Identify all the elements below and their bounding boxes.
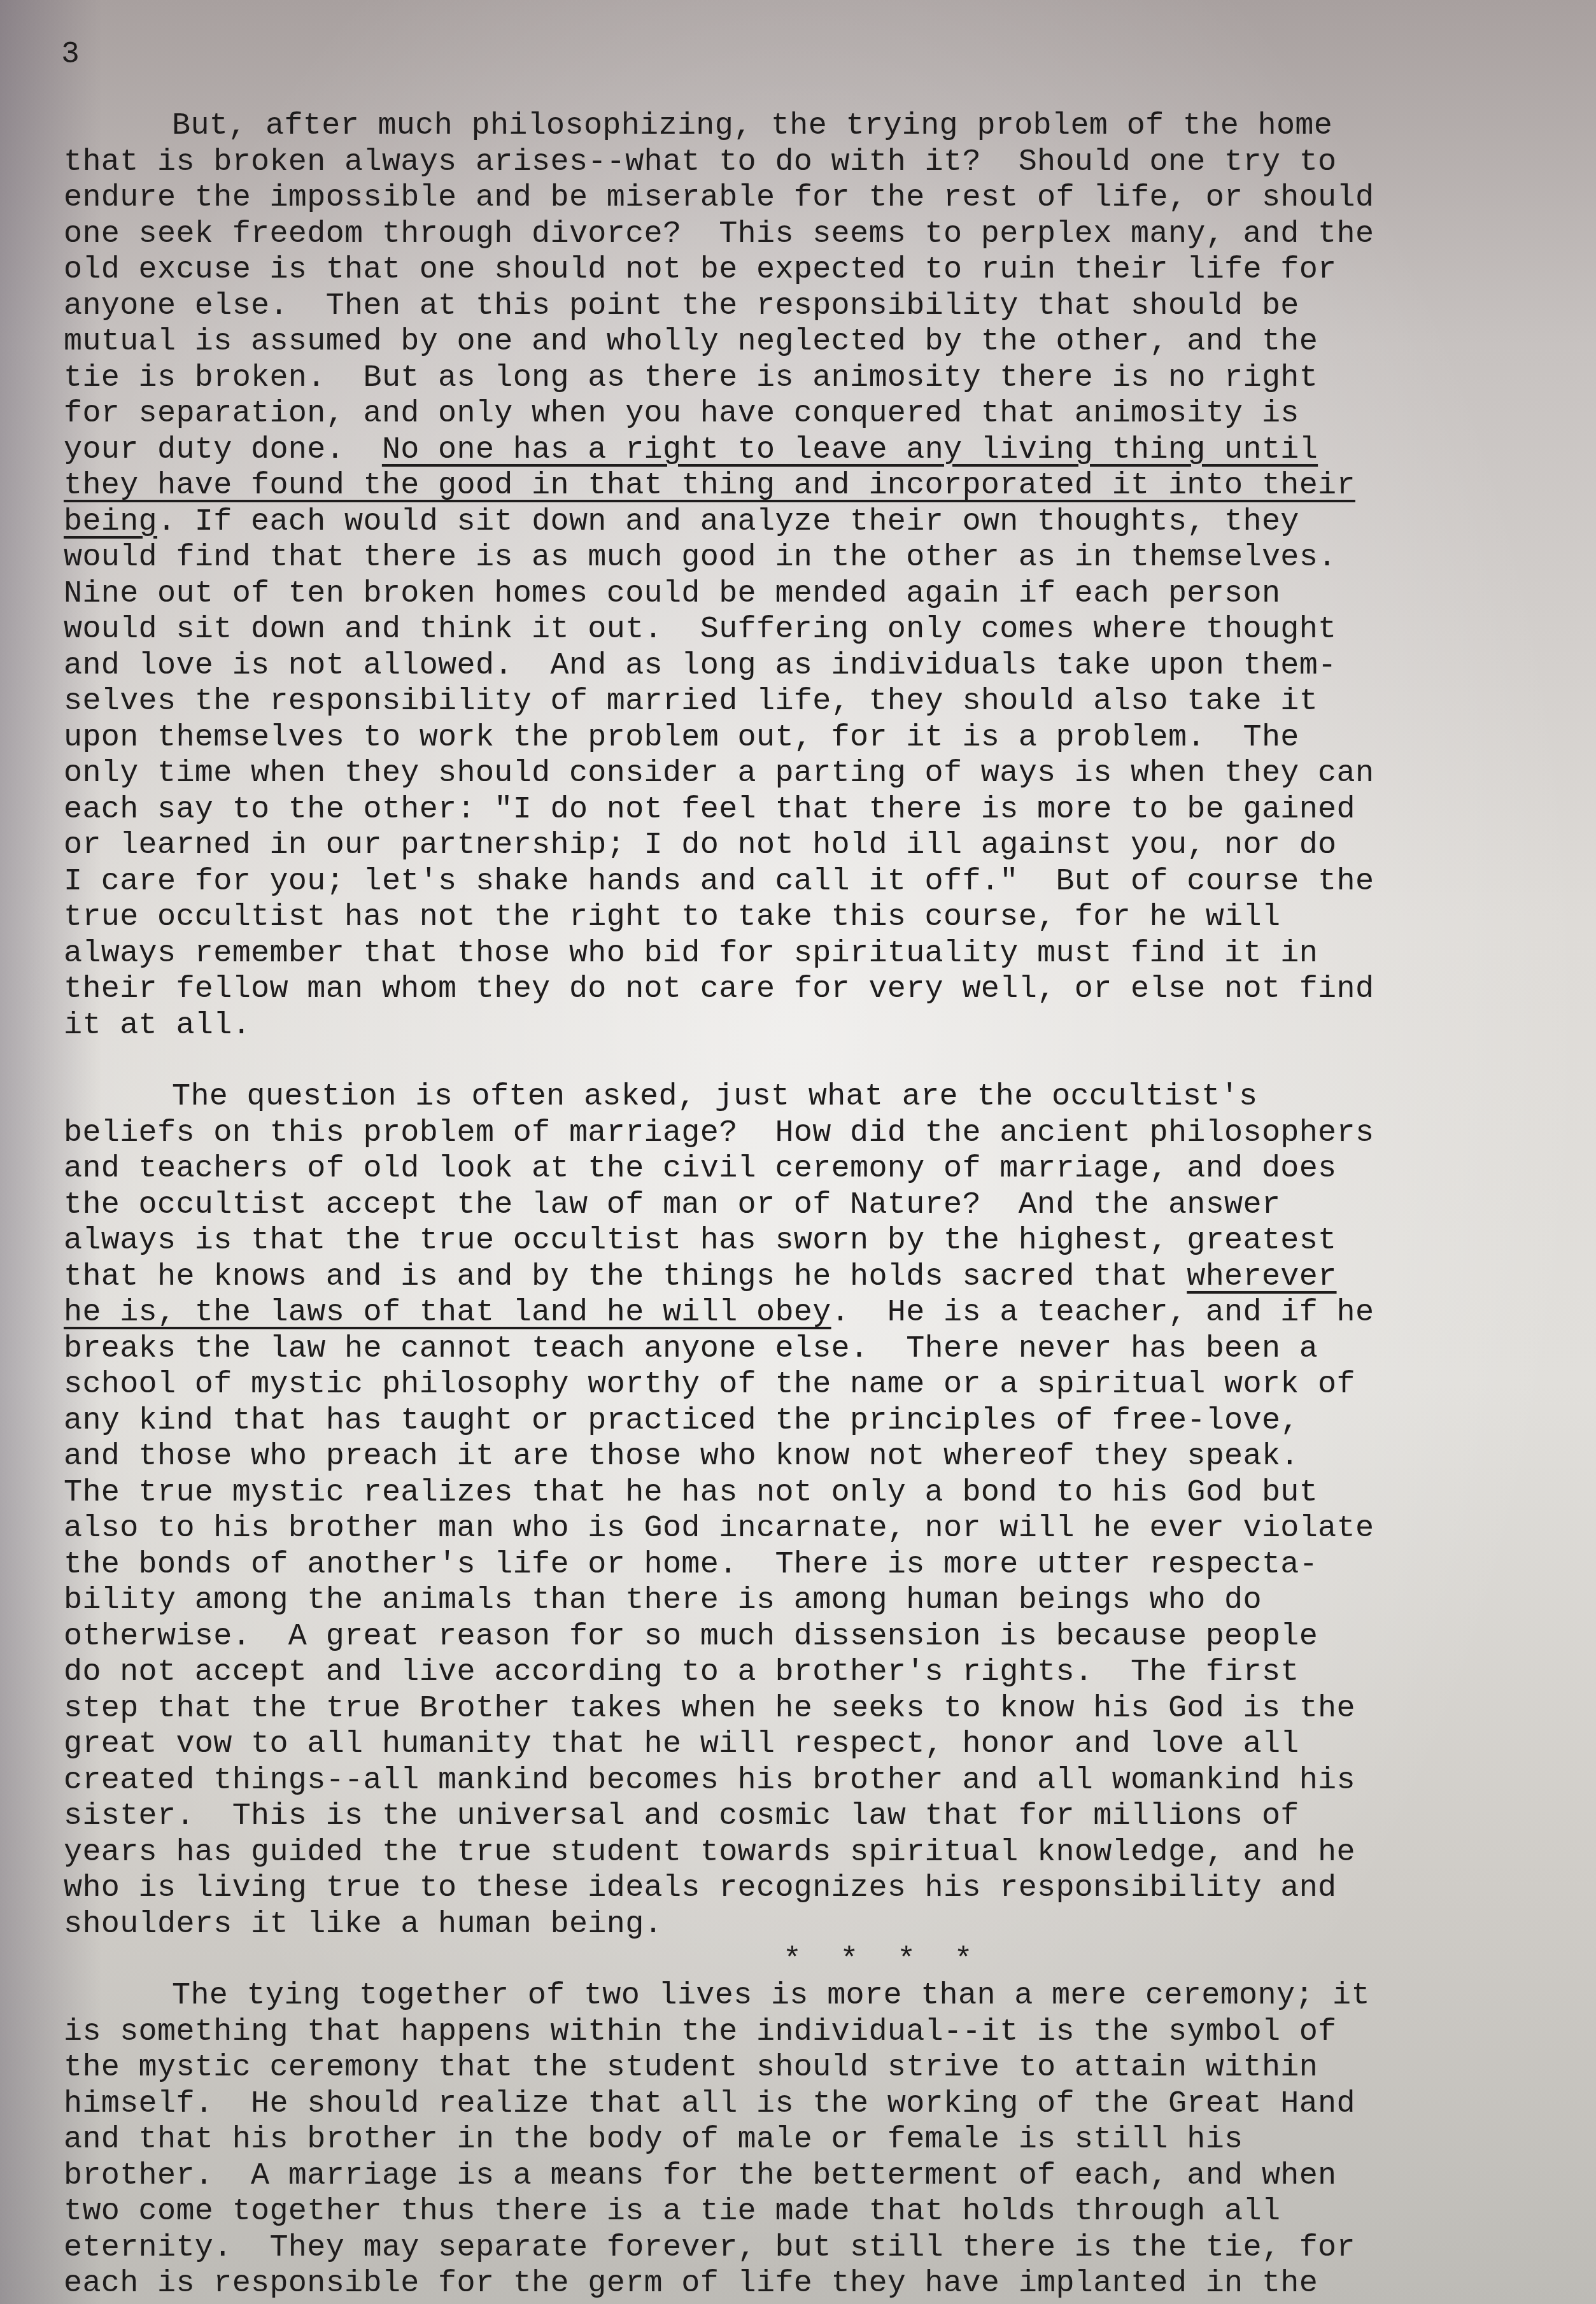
- underlined-emphasis: No one has a right to leave any living t…: [382, 432, 1318, 467]
- text-line: step that the true Brother takes when he…: [64, 1691, 1579, 1727]
- text-line: Nine out of ten broken homes could be me…: [64, 576, 1579, 612]
- text-line: upon themselves to work the problem out,…: [64, 720, 1579, 756]
- text-line: breaks the law he cannot teach anyone el…: [64, 1331, 1579, 1368]
- text-line: tie is broken. But as long as there is a…: [64, 360, 1579, 397]
- text-line: always remember that those who bid for s…: [64, 936, 1579, 972]
- text-line: himself. He should realize that all is t…: [64, 2086, 1579, 2123]
- underlined-emphasis: being: [64, 504, 157, 539]
- text-line: The question is often asked, just what a…: [64, 1079, 1579, 1115]
- text-line: the mystic ceremony that the student sho…: [64, 2050, 1579, 2086]
- text-line: any kind that has taught or practiced th…: [64, 1403, 1579, 1439]
- text-line: who is living true to these ideals recog…: [64, 1870, 1579, 1907]
- document-page: 3 But, after much philosophizing, the tr…: [0, 0, 1596, 2304]
- text-line: sister. This is the universal and cosmic…: [64, 1799, 1579, 1835]
- paragraph-gap: [64, 1043, 1579, 1079]
- text-line: The true mystic realizes that he has not…: [64, 1475, 1579, 1511]
- text-line: I care for you; let's shake hands and ca…: [64, 864, 1579, 900]
- text-line: and those who preach it are those who kn…: [64, 1439, 1579, 1475]
- text-line: created things--all mankind becomes his …: [64, 1763, 1579, 1799]
- paragraph-tying-together: The tying together of two lives is more …: [64, 1978, 1579, 2302]
- text-line: eternity. They may separate forever, but…: [64, 2230, 1579, 2266]
- paragraph-occultist-beliefs: The question is often asked, just what a…: [64, 1079, 1579, 1942]
- text-line: and love is not allowed. And as long as …: [64, 648, 1579, 684]
- text-line: their fellow man whom they do not care f…: [64, 972, 1579, 1008]
- text-line: would find that there is as much good in…: [64, 540, 1579, 576]
- text-line: old excuse is that one should not be exp…: [64, 252, 1579, 288]
- text-line: selves the responsibility of married lif…: [64, 684, 1579, 720]
- text-line: bility among the animals than there is a…: [64, 1583, 1579, 1619]
- text-line: is something that happens within the ind…: [64, 2014, 1579, 2051]
- text-line: shoulders it like a human being.: [64, 1907, 1579, 1943]
- text-segment: . If each would sit down and analyze the…: [157, 504, 1299, 539]
- paragraph-broken-home: But, after much philosophizing, the tryi…: [64, 108, 1579, 1043]
- text-line: each is responsible for the germ of life…: [64, 2266, 1579, 2302]
- text-line: years has guided the true student toward…: [64, 1835, 1579, 1871]
- text-line: would sit down and think it out. Sufferi…: [64, 612, 1579, 648]
- text-line: do not accept and live according to a br…: [64, 1655, 1579, 1691]
- text-line: and teachers of old look at the civil ce…: [64, 1151, 1579, 1187]
- text-line: otherwise. A great reason for so much di…: [64, 1619, 1579, 1655]
- text-line: or learned in our partnership; I do not …: [64, 828, 1579, 864]
- text-line: being. If each would sit down and analyz…: [64, 504, 1579, 541]
- text-line: great vow to all humanity that he will r…: [64, 1727, 1579, 1763]
- text-line: he is, the laws of that land he will obe…: [64, 1295, 1579, 1331]
- text-line: two come together thus there is a tie ma…: [64, 2194, 1579, 2230]
- text-line: endure the impossible and be miserable f…: [64, 180, 1579, 216]
- text-segment: your duty done.: [64, 432, 382, 467]
- body-text: But, after much philosophizing, the tryi…: [64, 108, 1579, 2302]
- text-line: brother. A marriage is a means for the b…: [64, 2158, 1579, 2194]
- text-line: The tying together of two lives is more …: [64, 1978, 1579, 2014]
- text-segment: that he knows and is and by the things h…: [64, 1259, 1187, 1294]
- text-line: for separation, and only when you have c…: [64, 396, 1579, 432]
- text-line: true occultist has not the right to take…: [64, 900, 1579, 936]
- underlined-emphasis: wherever: [1187, 1259, 1336, 1294]
- underlined-emphasis-line: they have found the good in that thing a…: [64, 468, 1579, 504]
- text-line: and that his brother in the body of male…: [64, 2122, 1579, 2158]
- text-line: But, after much philosophizing, the tryi…: [64, 108, 1579, 145]
- text-line: the bonds of another's life or home. The…: [64, 1547, 1579, 1583]
- text-line: school of mystic philosophy worthy of th…: [64, 1367, 1579, 1403]
- text-line: one seek freedom through divorce? This s…: [64, 216, 1579, 253]
- text-line: the occultist accept the law of man or o…: [64, 1187, 1579, 1224]
- text-segment: . He is a teacher, and if he: [831, 1295, 1374, 1330]
- text-line: always is that the true occultist has sw…: [64, 1223, 1579, 1259]
- text-line: it at all.: [64, 1008, 1579, 1044]
- text-line: mutual is assumed by one and wholly negl…: [64, 324, 1579, 360]
- text-line: also to his brother man who is God incar…: [64, 1511, 1579, 1547]
- text-line: each say to the other: "I do not feel th…: [64, 792, 1579, 828]
- text-line: beliefs on this problem of marriage? How…: [64, 1115, 1579, 1152]
- text-line: your duty done. No one has a right to le…: [64, 432, 1579, 469]
- text-line: that he knows and is and by the things h…: [64, 1259, 1579, 1296]
- section-separator: * * * *: [64, 1942, 1579, 1978]
- text-line: only time when they should consider a pa…: [64, 756, 1579, 792]
- text-line: anyone else. Then at this point the resp…: [64, 288, 1579, 325]
- page-number: 3: [61, 39, 80, 70]
- text-line: that is broken always arises--what to do…: [64, 145, 1579, 181]
- underlined-emphasis: he is, the laws of that land he will obe…: [64, 1295, 831, 1330]
